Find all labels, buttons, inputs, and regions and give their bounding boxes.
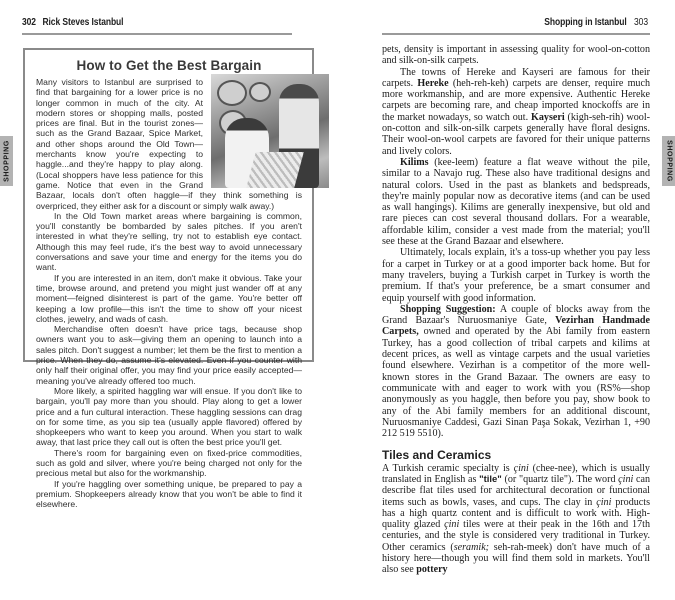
- section-heading: Tiles and Ceramics: [382, 450, 650, 461]
- sidebar-paragraph: If you are interested in an item, don't …: [36, 273, 302, 324]
- sidebar-paragraph: More likely, a spirited haggling war wil…: [36, 386, 302, 448]
- term-kilims: Kilims: [400, 157, 429, 168]
- header-rule: [382, 33, 650, 35]
- term-kayseri: Kayseri: [531, 112, 565, 123]
- section-tab: SHOPPING: [662, 136, 675, 186]
- header-rule: [22, 33, 292, 35]
- sidebar-paragraph: If you're haggling over something unique…: [36, 479, 302, 510]
- left-page: 302 Rick Steves Istanbul SHOPPING How to…: [0, 0, 338, 600]
- plate-decor: [217, 80, 247, 106]
- running-head-left: 302 Rick Steves Istanbul: [22, 17, 123, 28]
- paragraph: A Turkish ceramic specialty is çini (che…: [382, 463, 650, 576]
- suggestion-label: Shopping Suggestion:: [400, 304, 496, 315]
- paragraph: Ultimately, locals explain, it's a toss-…: [382, 247, 650, 303]
- paragraph: pets, density is important in assessing …: [382, 44, 650, 67]
- running-head-right: Shopping in Istanbul 303: [544, 17, 648, 28]
- page-number: 303: [634, 17, 648, 28]
- term-tile: "tile": [479, 474, 502, 485]
- sidebar-paragraph: There's room for bargaining even on fixe…: [36, 448, 302, 479]
- sidebar-paragraph: Many visitors to Istanbul are surprised …: [36, 77, 302, 211]
- paragraph: The towns of Hereke and Kayseri are famo…: [382, 67, 650, 157]
- right-page: Shopping in Istanbul 303 SHOPPING pets, …: [338, 0, 675, 600]
- shopping-suggestion: Shopping Suggestion: A couple of blocks …: [382, 304, 650, 440]
- term-pottery: pottery: [416, 564, 447, 575]
- body-text: pets, density is important in assessing …: [382, 44, 650, 576]
- section-tab: SHOPPING: [0, 136, 13, 186]
- plate-decor: [249, 82, 271, 102]
- bazaar-photo: [211, 74, 329, 188]
- sidebar-paragraph: Merchandise often doesn't have price tag…: [36, 324, 302, 386]
- page-number: 302: [22, 17, 36, 28]
- section-tab-label: SHOPPING: [665, 140, 672, 182]
- sidebar-box: How to Get the Best Bargain Many visitor…: [23, 48, 314, 362]
- sidebar-paragraph: In the Old Town market areas where barga…: [36, 211, 302, 273]
- chapter-title: Shopping in Istanbul: [544, 17, 626, 28]
- term-hereke: Hereke: [417, 78, 448, 89]
- sidebar-title: How to Get the Best Bargain: [36, 58, 302, 73]
- paragraph: Kilims (kee-leem) feature a flat weave w…: [382, 157, 650, 247]
- book-title: Rick Steves Istanbul: [42, 17, 123, 28]
- rug-figure: [246, 152, 304, 188]
- section-tab-label: SHOPPING: [3, 140, 10, 182]
